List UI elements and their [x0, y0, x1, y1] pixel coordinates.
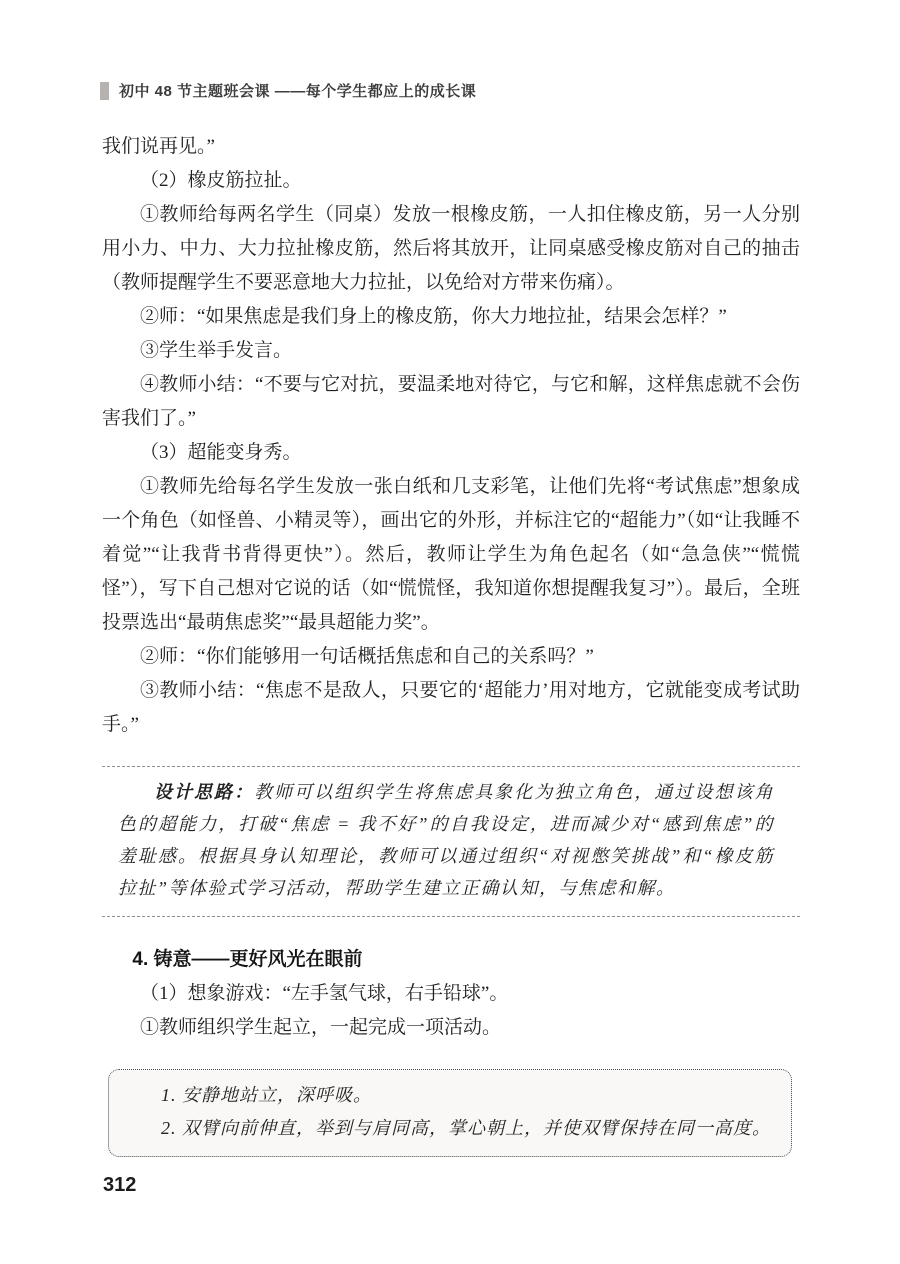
- section4-paragraphs: （1）想象游戏：“左手氢气球，右手铅球”。 ①教师组织学生起立，一起完成一项活动…: [102, 977, 800, 1045]
- design-note-paragraph: 设计思路：教师可以组织学生将焦虑具象化为独立角色，通过设想该角色的超能力，打破“…: [118, 776, 774, 904]
- header-title: 初中 48 节主题班会课 ——每个学生都应上的成长课: [119, 80, 476, 101]
- body-paragraph: ②师：“如果焦虑是我们身上的橡皮筋，你大力地拉扯，结果会怎样？”: [102, 300, 800, 334]
- activity-box: 1. 安静地站立，深呼吸。 2. 双臂向前伸直，举到与肩同高，掌心朝上，并使双臂…: [108, 1069, 792, 1157]
- body-paragraph: （1）想象游戏：“左手氢气球，右手铅球”。: [102, 977, 800, 1011]
- body-paragraph: 我们说再见。”: [102, 130, 800, 164]
- body-paragraph: （2）橡皮筋拉扯。: [102, 164, 800, 198]
- design-note-label: 设计思路：: [154, 782, 254, 802]
- body-paragraph: （3）超能变身秀。: [102, 436, 800, 470]
- activity-steps: 1. 安静地站立，深呼吸。 2. 双臂向前伸直，举到与肩同高，掌心朝上，并使双臂…: [161, 1079, 771, 1145]
- body-paragraph: ②师：“你们能够用一句话概括焦虑和自己的关系吗？”: [102, 640, 800, 674]
- running-head: 初中 48 节主题班会课 ——每个学生都应上的成长课: [100, 80, 476, 101]
- header-marker-icon: [100, 82, 109, 100]
- body-paragraph: ④教师小结：“不要与它对抗，要温柔地对待它，与它和解，这样焦虑就不会伤害我们了。…: [102, 368, 800, 436]
- body-paragraph: ①教师给每两名学生（同桌）发放一根橡皮筋，一人扣住橡皮筋，另一人分别用小力、中力…: [102, 198, 800, 300]
- body-paragraph: ①教师先给每名学生发放一张白纸和几支彩笔，让他们先将“考试焦虑”想象成一个角色（…: [102, 470, 800, 640]
- page-number: 312: [103, 1174, 136, 1197]
- design-note-block: 设计思路：教师可以组织学生将焦虑具象化为独立角色，通过设想该角色的超能力，打破“…: [102, 766, 800, 917]
- body-paragraph: ③教师小结：“焦虑不是敌人，只要它的‘超能力’用对地方，它就能变成考试助手。”: [102, 674, 800, 742]
- section-heading: 4. 铸意——更好风光在眼前: [102, 943, 800, 977]
- activity-step: 1. 安静地站立，深呼吸。: [161, 1079, 771, 1112]
- page-content: 我们说再见。” （2）橡皮筋拉扯。 ①教师给每两名学生（同桌）发放一根橡皮筋，一…: [102, 130, 800, 1157]
- body-paragraphs: 我们说再见。” （2）橡皮筋拉扯。 ①教师给每两名学生（同桌）发放一根橡皮筋，一…: [102, 130, 800, 742]
- body-paragraph: ①教师组织学生起立，一起完成一项活动。: [102, 1011, 800, 1045]
- body-paragraph: ③学生举手发言。: [102, 334, 800, 368]
- book-page: 初中 48 节主题班会课 ——每个学生都应上的成长课 我们说再见。” （2）橡皮…: [0, 0, 900, 1264]
- activity-step: 2. 双臂向前伸直，举到与肩同高，掌心朝上，并使双臂保持在同一高度。: [161, 1112, 771, 1145]
